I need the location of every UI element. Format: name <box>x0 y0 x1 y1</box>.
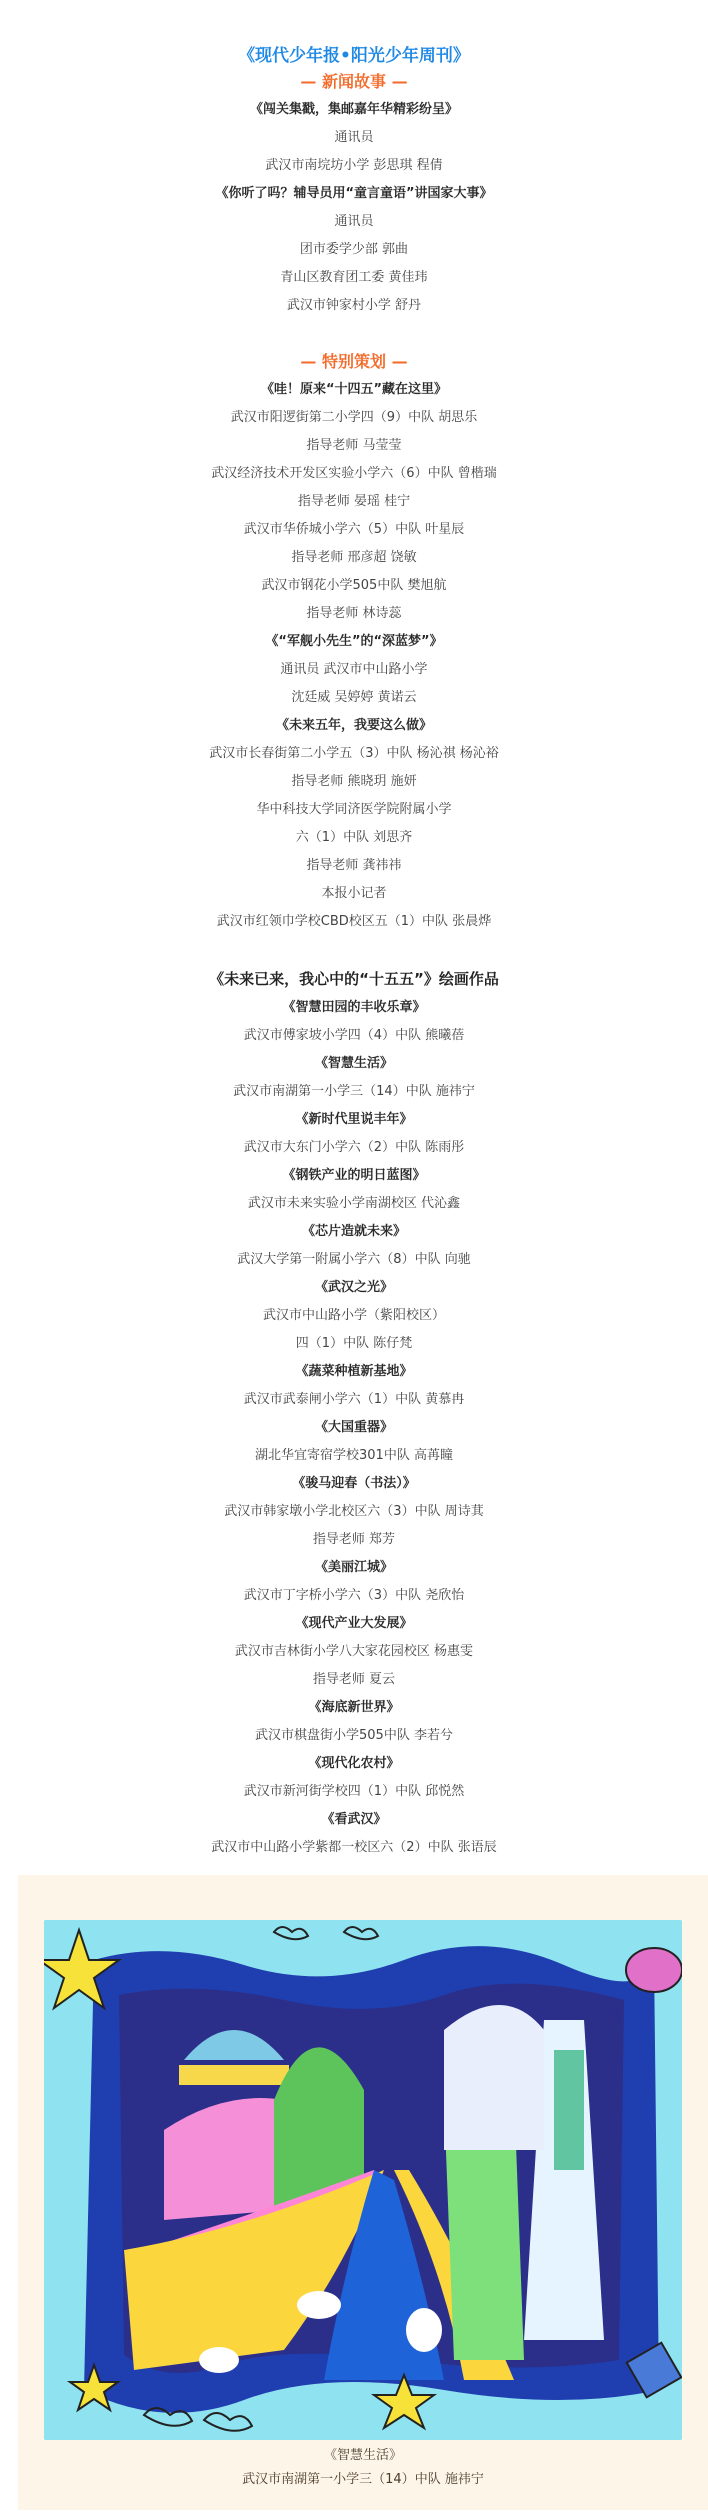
credit-line: 武汉市大东门小学六（2）中队 陈雨彤 <box>0 1134 708 1162</box>
article-title: 《芯片造就未来》 <box>0 1218 708 1246</box>
article-title: 《美丽江城》 <box>0 1554 708 1582</box>
article-title: 《骏马迎春（书法）》 <box>0 1470 708 1498</box>
credit-line: 武汉市武泰闸小学六（1）中队 黄慕冉 <box>0 1386 708 1414</box>
article: 《现代少年报•阳光少年周刊》 — 新闻故事 — 《闯关集戳，集邮嘉年华精彩纷呈》… <box>0 0 708 1862</box>
article-title: 《智慧田园的丰收乐章》 <box>0 994 708 1022</box>
article-title: 《看武汉》 <box>0 1806 708 1834</box>
credit-line: 武汉市南垸坊小学 彭思琪 程倩 <box>0 152 708 180</box>
credit-line: 武汉市未来实验小学南湖校区 代沁鑫 <box>0 1190 708 1218</box>
article-title: 《哇！原来“十四五”藏在这里》 <box>0 376 708 404</box>
article-title: 《现代产业大发展》 <box>0 1610 708 1638</box>
caption-author: 武汉市南湖第一小学三（14）中队 施祎宁 <box>18 2469 708 2491</box>
credit-line: 武汉市阳逻街第二小学四（9）中队 胡思乐 <box>0 404 708 432</box>
credit-line: 指导老师 熊晓玥 施妍 <box>0 768 708 796</box>
credit-line: 武汉市华侨城小学六（5）中队 叶星辰 <box>0 516 708 544</box>
credit-line: 指导老师 晏瑶 桂宁 <box>0 488 708 516</box>
credit-line: 武汉市韩家墩小学北校区六（3）中队 周诗萁 <box>0 1498 708 1526</box>
credit-line: 通讯员 <box>0 124 708 152</box>
credit-line: 武汉经济技术开发区实验小学六（6）中队 曾楷瑞 <box>0 460 708 488</box>
credit-line: 武汉市新河街学校四（1）中队 邱悦然 <box>0 1778 708 1806</box>
article-title: 《海底新世界》 <box>0 1694 708 1722</box>
publication-title: 《现代少年报•阳光少年周刊》 <box>0 44 708 68</box>
credit-line: 武汉市丁字桥小学六（3）中队 尧欣怡 <box>0 1582 708 1610</box>
credit-line: 华中科技大学同济医学院附属小学 <box>0 796 708 824</box>
article-title: 《“军舰小先生”的“深蓝梦”》 <box>0 628 708 656</box>
credit-line: 指导老师 邢彦超 饶敏 <box>0 544 708 572</box>
article-title: 《闯关集戳，集邮嘉年华精彩纷呈》 <box>0 96 708 124</box>
credit-line: 通讯员 武汉市中山路小学 <box>0 656 708 684</box>
credit-line: 指导老师 郑芳 <box>0 1526 708 1554</box>
credit-line: 指导老师 龚祎祎 <box>0 852 708 880</box>
article-title: 《智慧生活》 <box>0 1050 708 1078</box>
credit-line: 武汉市傅家坡小学四（4）中队 熊曦蓓 <box>0 1022 708 1050</box>
credit-line: 通讯员 <box>0 208 708 236</box>
credit-line: 武汉市棋盘街小学505中队 李若兮 <box>0 1722 708 1750</box>
article-title: 《大国重器》 <box>0 1414 708 1442</box>
article-title: 《武汉之光》 <box>0 1274 708 1302</box>
credit-line: 武汉市钢花小学505中队 樊旭航 <box>0 572 708 600</box>
article-title: 《你听了吗？辅导员用“童言童语”讲国家大事》 <box>0 180 708 208</box>
credit-line: 武汉市中山路小学（紫阳校区） <box>0 1302 708 1330</box>
credit-line: 武汉市钟家村小学 舒丹 <box>0 292 708 320</box>
article-title: 《未来五年，我要这么做》 <box>0 712 708 740</box>
section-heading-news: — 新闻故事 — <box>0 68 708 96</box>
credit-line: 武汉市吉林街小学八大家花园校区 杨惠雯 <box>0 1638 708 1666</box>
paintings-list: 《智慧田园的丰收乐章》武汉市傅家坡小学四（4）中队 熊曦蓓《智慧生活》武汉市南湖… <box>0 994 708 1862</box>
credit-line: 四（1）中队 陈仔梵 <box>0 1330 708 1358</box>
credit-line: 本报小记者 <box>0 880 708 908</box>
news-list: 《闯关集戳，集邮嘉年华精彩纷呈》通讯员武汉市南垸坊小学 彭思琪 程倩《你听了吗？… <box>0 96 708 320</box>
article-title: 《现代化农村》 <box>0 1750 708 1778</box>
painting-image <box>44 1920 682 2440</box>
credit-line: 武汉大学第一附属小学六（8）中队 向驰 <box>0 1246 708 1274</box>
credit-line: 团市委学少部 郭曲 <box>0 236 708 264</box>
credit-line: 青山区教育团工委 黄佳玮 <box>0 264 708 292</box>
article-title: 《蔬菜种植新基地》 <box>0 1358 708 1386</box>
credit-line: 六（1）中队 刘思齐 <box>0 824 708 852</box>
section-heading-special: — 特别策划 — <box>0 348 708 376</box>
credit-line: 指导老师 夏云 <box>0 1666 708 1694</box>
credit-line: 指导老师 马莹莹 <box>0 432 708 460</box>
credit-line: 指导老师 林诗蕊 <box>0 600 708 628</box>
painting-illustration-icon <box>44 1920 682 2440</box>
credit-line: 沈廷威 吴婷婷 黄诺云 <box>0 684 708 712</box>
featured-painting-figure: 《智慧生活》 武汉市南湖第一小学三（14）中队 施祎宁 <box>18 1875 708 2510</box>
credit-line: 武汉市长春街第二小学五（3）中队 杨沁祺 杨沁裕 <box>0 740 708 768</box>
credit-line: 武汉市南湖第一小学三（14）中队 施祎宁 <box>0 1078 708 1106</box>
credit-line: 武汉市红领巾学校CBD校区五（1）中队 张晨烨 <box>0 908 708 936</box>
credit-line: 湖北华宜寄宿学校301中队 高苒瞳 <box>0 1442 708 1470</box>
caption-title: 《智慧生活》 <box>18 2445 708 2467</box>
section-heading-paintings: 《未来已来，我心中的“十五五”》绘画作品 <box>0 964 708 994</box>
credit-line: 武汉市中山路小学紫都一校区六（2）中队 张语辰 <box>0 1834 708 1862</box>
article-title: 《钢铁产业的明日蓝图》 <box>0 1162 708 1190</box>
article-title: 《新时代里说丰年》 <box>0 1106 708 1134</box>
special-list: 《哇！原来“十四五”藏在这里》武汉市阳逻街第二小学四（9）中队 胡思乐指导老师 … <box>0 376 708 936</box>
